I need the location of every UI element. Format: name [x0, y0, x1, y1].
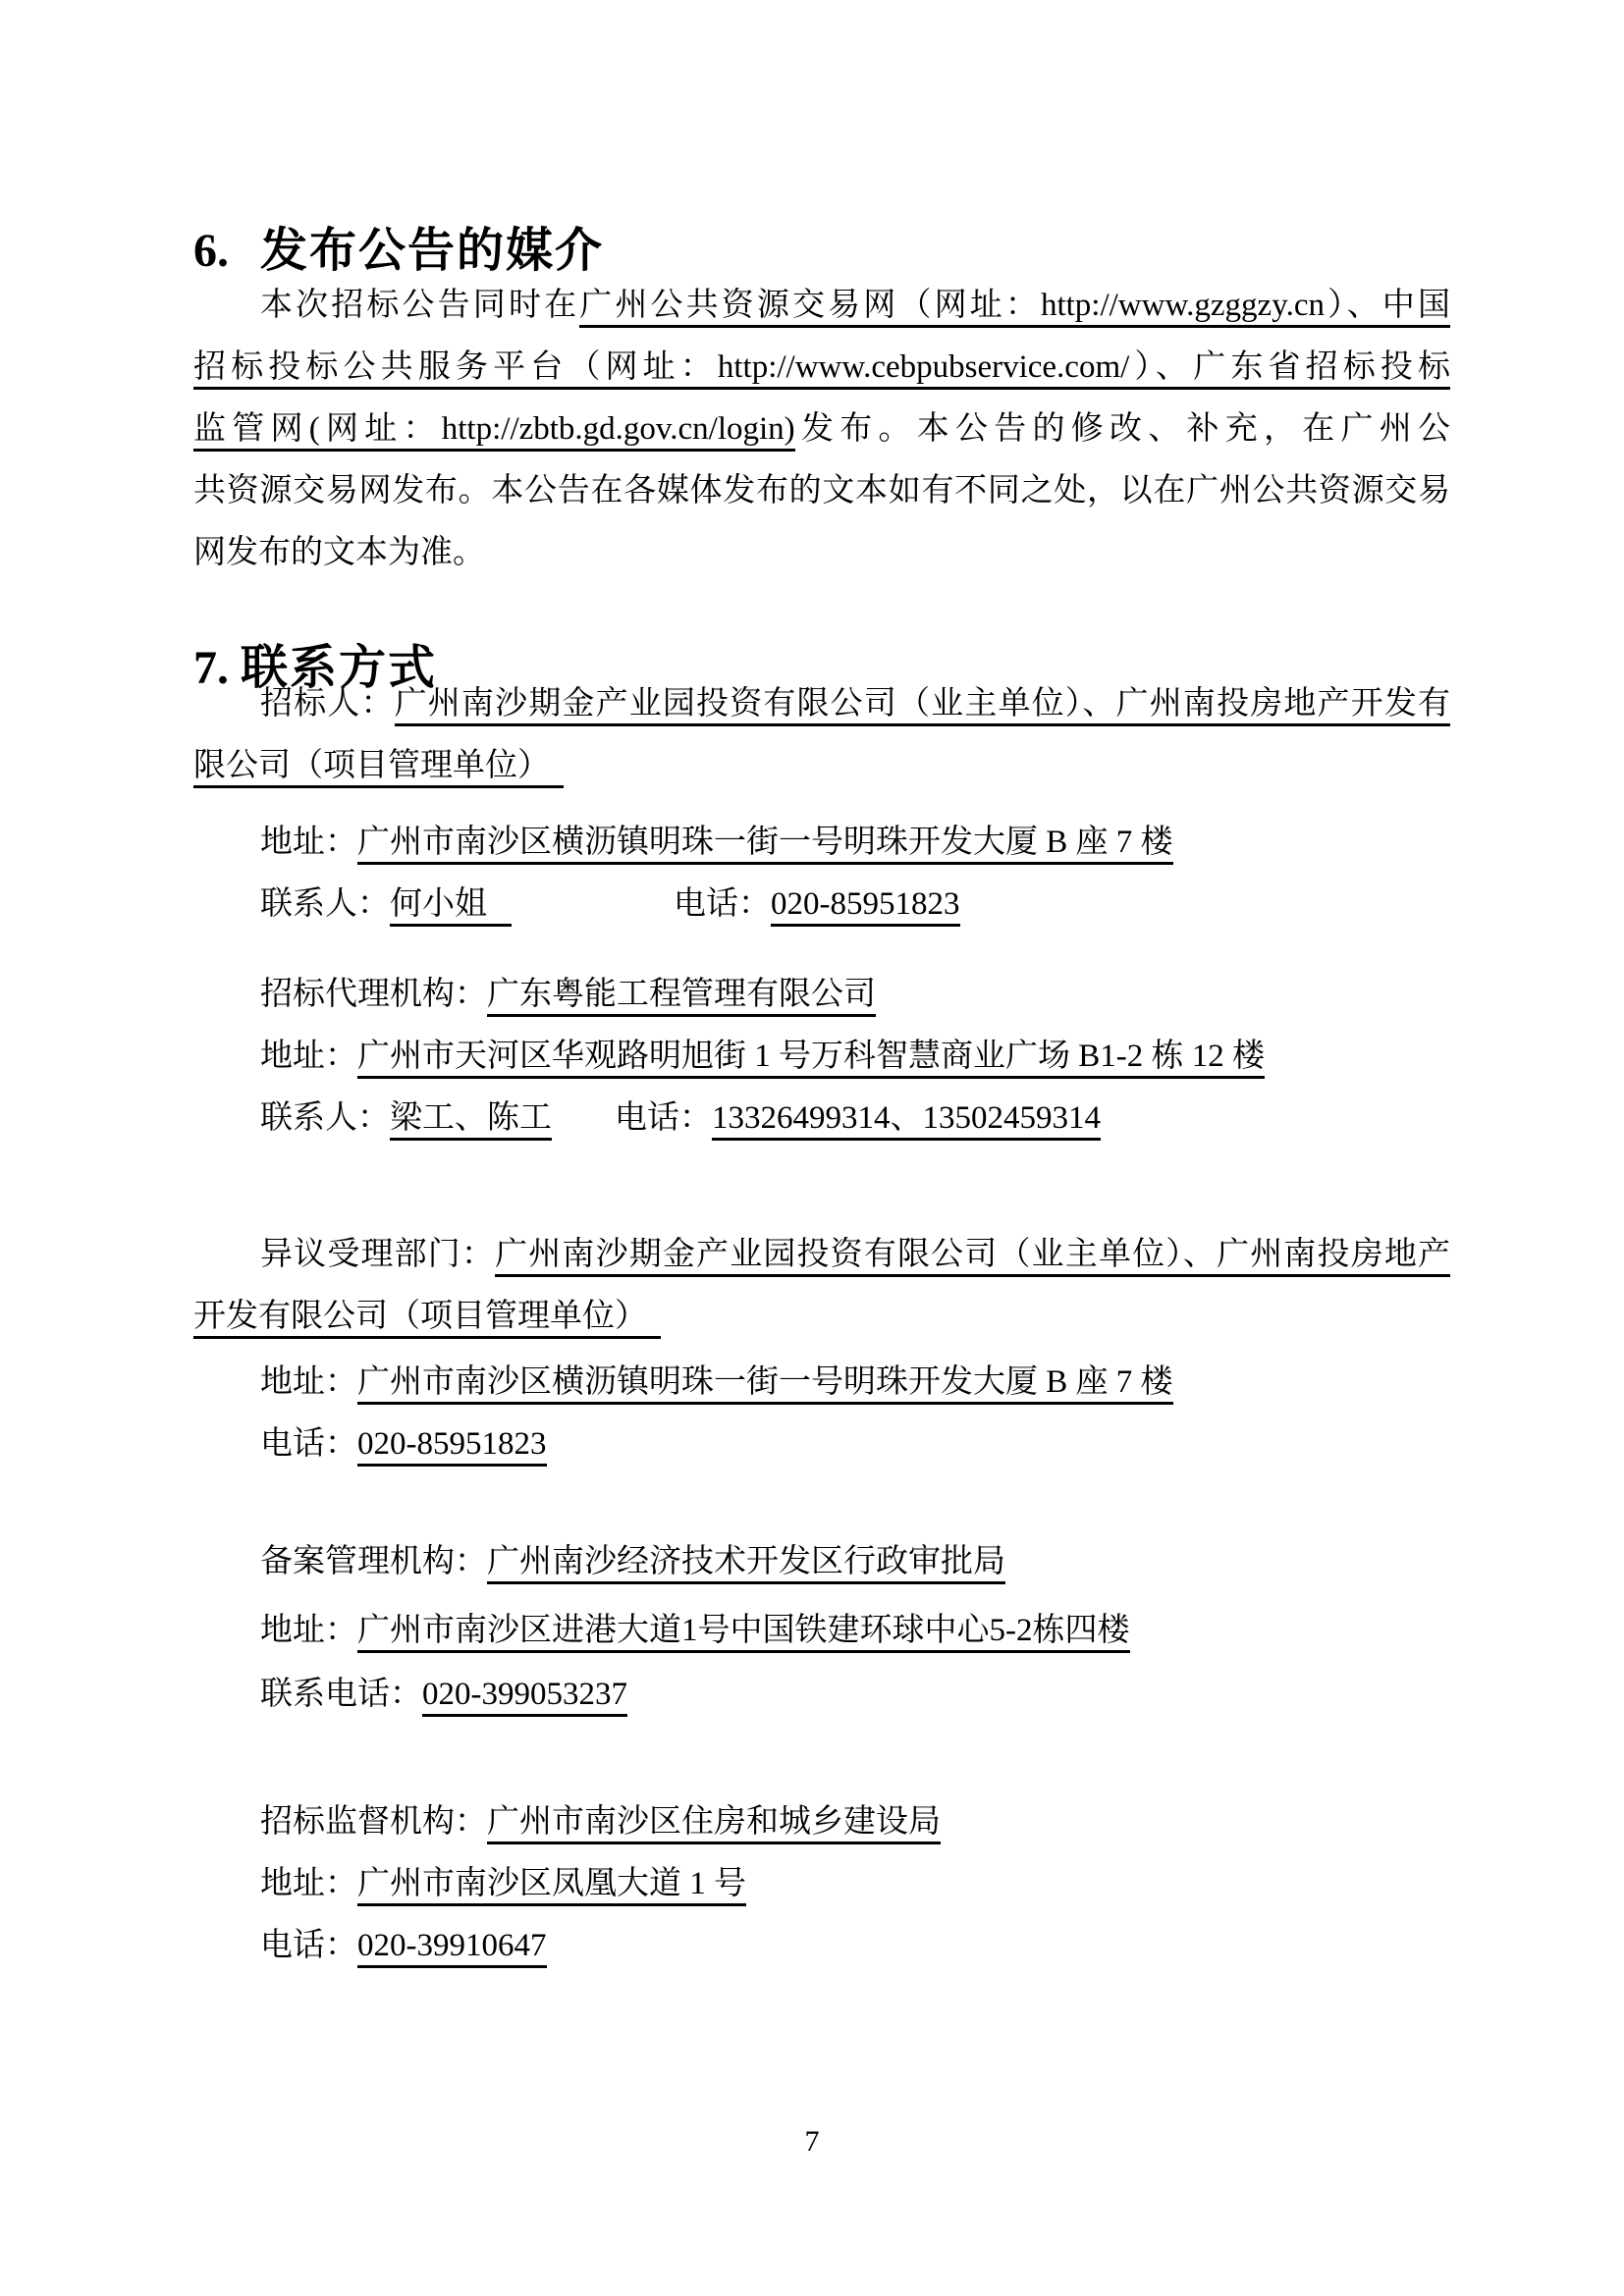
section-6-number: 6. — [193, 221, 260, 282]
objection-phone-line: 电话：020-85951823 — [193, 1414, 1450, 1475]
field-label: 地址： — [260, 1039, 357, 1074]
phone-number-underlined: 020-85951823 — [357, 1426, 547, 1467]
contact-name-underlined: 何小姐 — [390, 886, 512, 927]
text-segment: 网发布的文本为准。 — [193, 535, 485, 570]
filing-line: 备案管理机构：广州南沙经济技术开发区行政审批局 — [193, 1531, 1450, 1593]
filing-address-line: 地址：广州市南沙区进港大道1号中国铁建环球中心5-2栋四楼 — [193, 1600, 1450, 1662]
paragraph-line: 共资源交易网发布。本公告在各媒体发布的文本如有不同之处，以在广州公共资源交易 — [193, 460, 1450, 522]
filing-phone-line: 联系电话：020-399053237 — [193, 1664, 1450, 1726]
field-label: 地址： — [260, 1613, 357, 1648]
bidder-name-underlined: 广州南沙期金产业园投资有限公司（业主单位）、广州南投房地产开发有 — [395, 686, 1450, 726]
agency-line: 招标代理机构：广东粤能工程管理有限公司 — [193, 964, 1450, 1026]
objection-line-2: 开发有限公司（项目管理单位） — [193, 1286, 1450, 1348]
supervision-address-line: 地址：广州市南沙区凤凰大道 1 号 — [193, 1853, 1450, 1915]
field-label: 联系电话： — [260, 1677, 422, 1712]
address-value-underlined: 广州市天河区华观路明旭街 1 号万科智慧商业广场 B1-2 栋 12 楼 — [357, 1039, 1265, 1079]
underlined-url-text: 监管网(网址：http://zbtb.gd.gov.cn/login) — [193, 411, 795, 452]
bidder-address-line: 地址：广州市南沙区横沥镇明珠一街一号明珠开发大厦 B 座 7 楼 — [193, 812, 1450, 874]
field-label: 地址： — [260, 1866, 357, 1901]
supervision-agency-underlined: 广州市南沙区住房和城乡建设局 — [487, 1804, 941, 1844]
field-label: 异议受理部门： — [260, 1237, 495, 1272]
bidder-name-underlined: 限公司（项目管理单位） — [193, 748, 564, 788]
phone-number-underlined: 020-39910647 — [357, 1928, 547, 1968]
address-value-underlined: 广州市南沙区横沥镇明珠一街一号明珠开发大厦 B 座 7 楼 — [357, 825, 1173, 865]
phone-number-underlined: 020-399053237 — [422, 1677, 627, 1717]
field-label: 招标人： — [260, 686, 395, 721]
text-segment: 发布。本公告的修改、补充，在广州公 — [795, 411, 1450, 447]
phone-number-underlined: 13326499314、13502459314 — [712, 1100, 1101, 1141]
agency-contact-line: 联系人：梁工、陈工电话：13326499314、13502459314 — [193, 1088, 1450, 1149]
objection-address-line: 地址：广州市南沙区横沥镇明珠一街一号明珠开发大厦 B 座 7 楼 — [193, 1352, 1450, 1414]
text-segment: 共资源交易网发布。本公告在各媒体发布的文本如有不同之处，以在广州公共资源交易 — [193, 473, 1450, 508]
address-value-underlined: 广州市南沙区横沥镇明珠一街一号明珠开发大厦 B 座 7 楼 — [357, 1364, 1173, 1405]
section-6-title: 发布公告的媒介 — [260, 225, 604, 277]
field-label: 招标监督机构： — [260, 1804, 487, 1840]
section-6-heading: 6.发布公告的媒介 — [193, 221, 604, 282]
contact-name-underlined: 梁工、陈工 — [390, 1100, 552, 1141]
page-number: 7 — [0, 2122, 1624, 2162]
underlined-url-text: 广州公共资源交易网（网址：http://www.gzggzy.cn）、中国 — [579, 288, 1450, 328]
agency-address-line: 地址：广州市天河区华观路明旭街 1 号万科智慧商业广场 B1-2 栋 12 楼 — [193, 1026, 1450, 1088]
field-label: 备案管理机构： — [260, 1544, 487, 1579]
section-6-paragraph: 本次招标公告同时在广州公共资源交易网（网址：http://www.gzggzy.… — [193, 275, 1450, 584]
underlined-url-text: 招标投标公共服务平台（网址：http://www.cebpubservice.c… — [193, 349, 1450, 390]
address-value-underlined: 广州市南沙区凤凰大道 1 号 — [357, 1866, 746, 1906]
field-label: 地址： — [260, 825, 357, 860]
objection-dept-underlined: 广州南沙期金产业园投资有限公司（业主单位）、广州南投房地产 — [495, 1237, 1450, 1277]
paragraph-line: 监管网(网址：http://zbtb.gd.gov.cn/login)发布。本公… — [193, 399, 1450, 460]
field-label: 电话： — [260, 1928, 357, 1963]
bidder-line-2: 限公司（项目管理单位） — [193, 735, 1450, 797]
paragraph-line: 本次招标公告同时在广州公共资源交易网（网址：http://www.gzggzy.… — [193, 275, 1450, 337]
address-value-underlined: 广州市南沙区进港大道1号中国铁建环球中心5-2栋四楼 — [357, 1613, 1130, 1653]
field-label: 电话： — [260, 1426, 357, 1462]
field-label: 地址： — [260, 1364, 357, 1400]
bidder-line-1: 招标人：广州南沙期金产业园投资有限公司（业主单位）、广州南投房地产开发有 — [193, 673, 1450, 735]
field-label: 联系人： — [260, 886, 390, 922]
field-label: 联系人： — [260, 1100, 390, 1136]
bidder-contact-line: 联系人：何小姐电话：020-85951823 — [193, 874, 1450, 935]
supervision-line: 招标监督机构：广州市南沙区住房和城乡建设局 — [193, 1791, 1450, 1853]
document-page: 6.发布公告的媒介 本次招标公告同时在广州公共资源交易网（网址：http://w… — [0, 0, 1624, 2296]
phone-number-underlined: 020-85951823 — [771, 886, 960, 927]
objection-dept-underlined: 开发有限公司（项目管理单位） — [193, 1299, 661, 1339]
agency-name-underlined: 广东粤能工程管理有限公司 — [487, 977, 876, 1017]
supervision-phone-line: 电话：020-39910647 — [193, 1915, 1450, 1977]
section-7-contacts: 招标人：广州南沙期金产业园投资有限公司（业主单位）、广州南投房地产开发有 限公司… — [193, 673, 1450, 1977]
objection-line-1: 异议受理部门：广州南沙期金产业园投资有限公司（业主单位）、广州南投房地产 — [193, 1224, 1450, 1286]
filing-agency-underlined: 广州南沙经济技术开发区行政审批局 — [487, 1544, 1005, 1584]
field-label: 招标代理机构： — [260, 977, 487, 1012]
field-label: 电话： — [674, 886, 771, 922]
paragraph-line: 网发布的文本为准。 — [193, 522, 1450, 584]
text-segment: 本次招标公告同时在 — [260, 288, 579, 323]
paragraph-line: 招标投标公共服务平台（网址：http://www.cebpubservice.c… — [193, 337, 1450, 399]
field-label: 电话： — [615, 1100, 712, 1136]
